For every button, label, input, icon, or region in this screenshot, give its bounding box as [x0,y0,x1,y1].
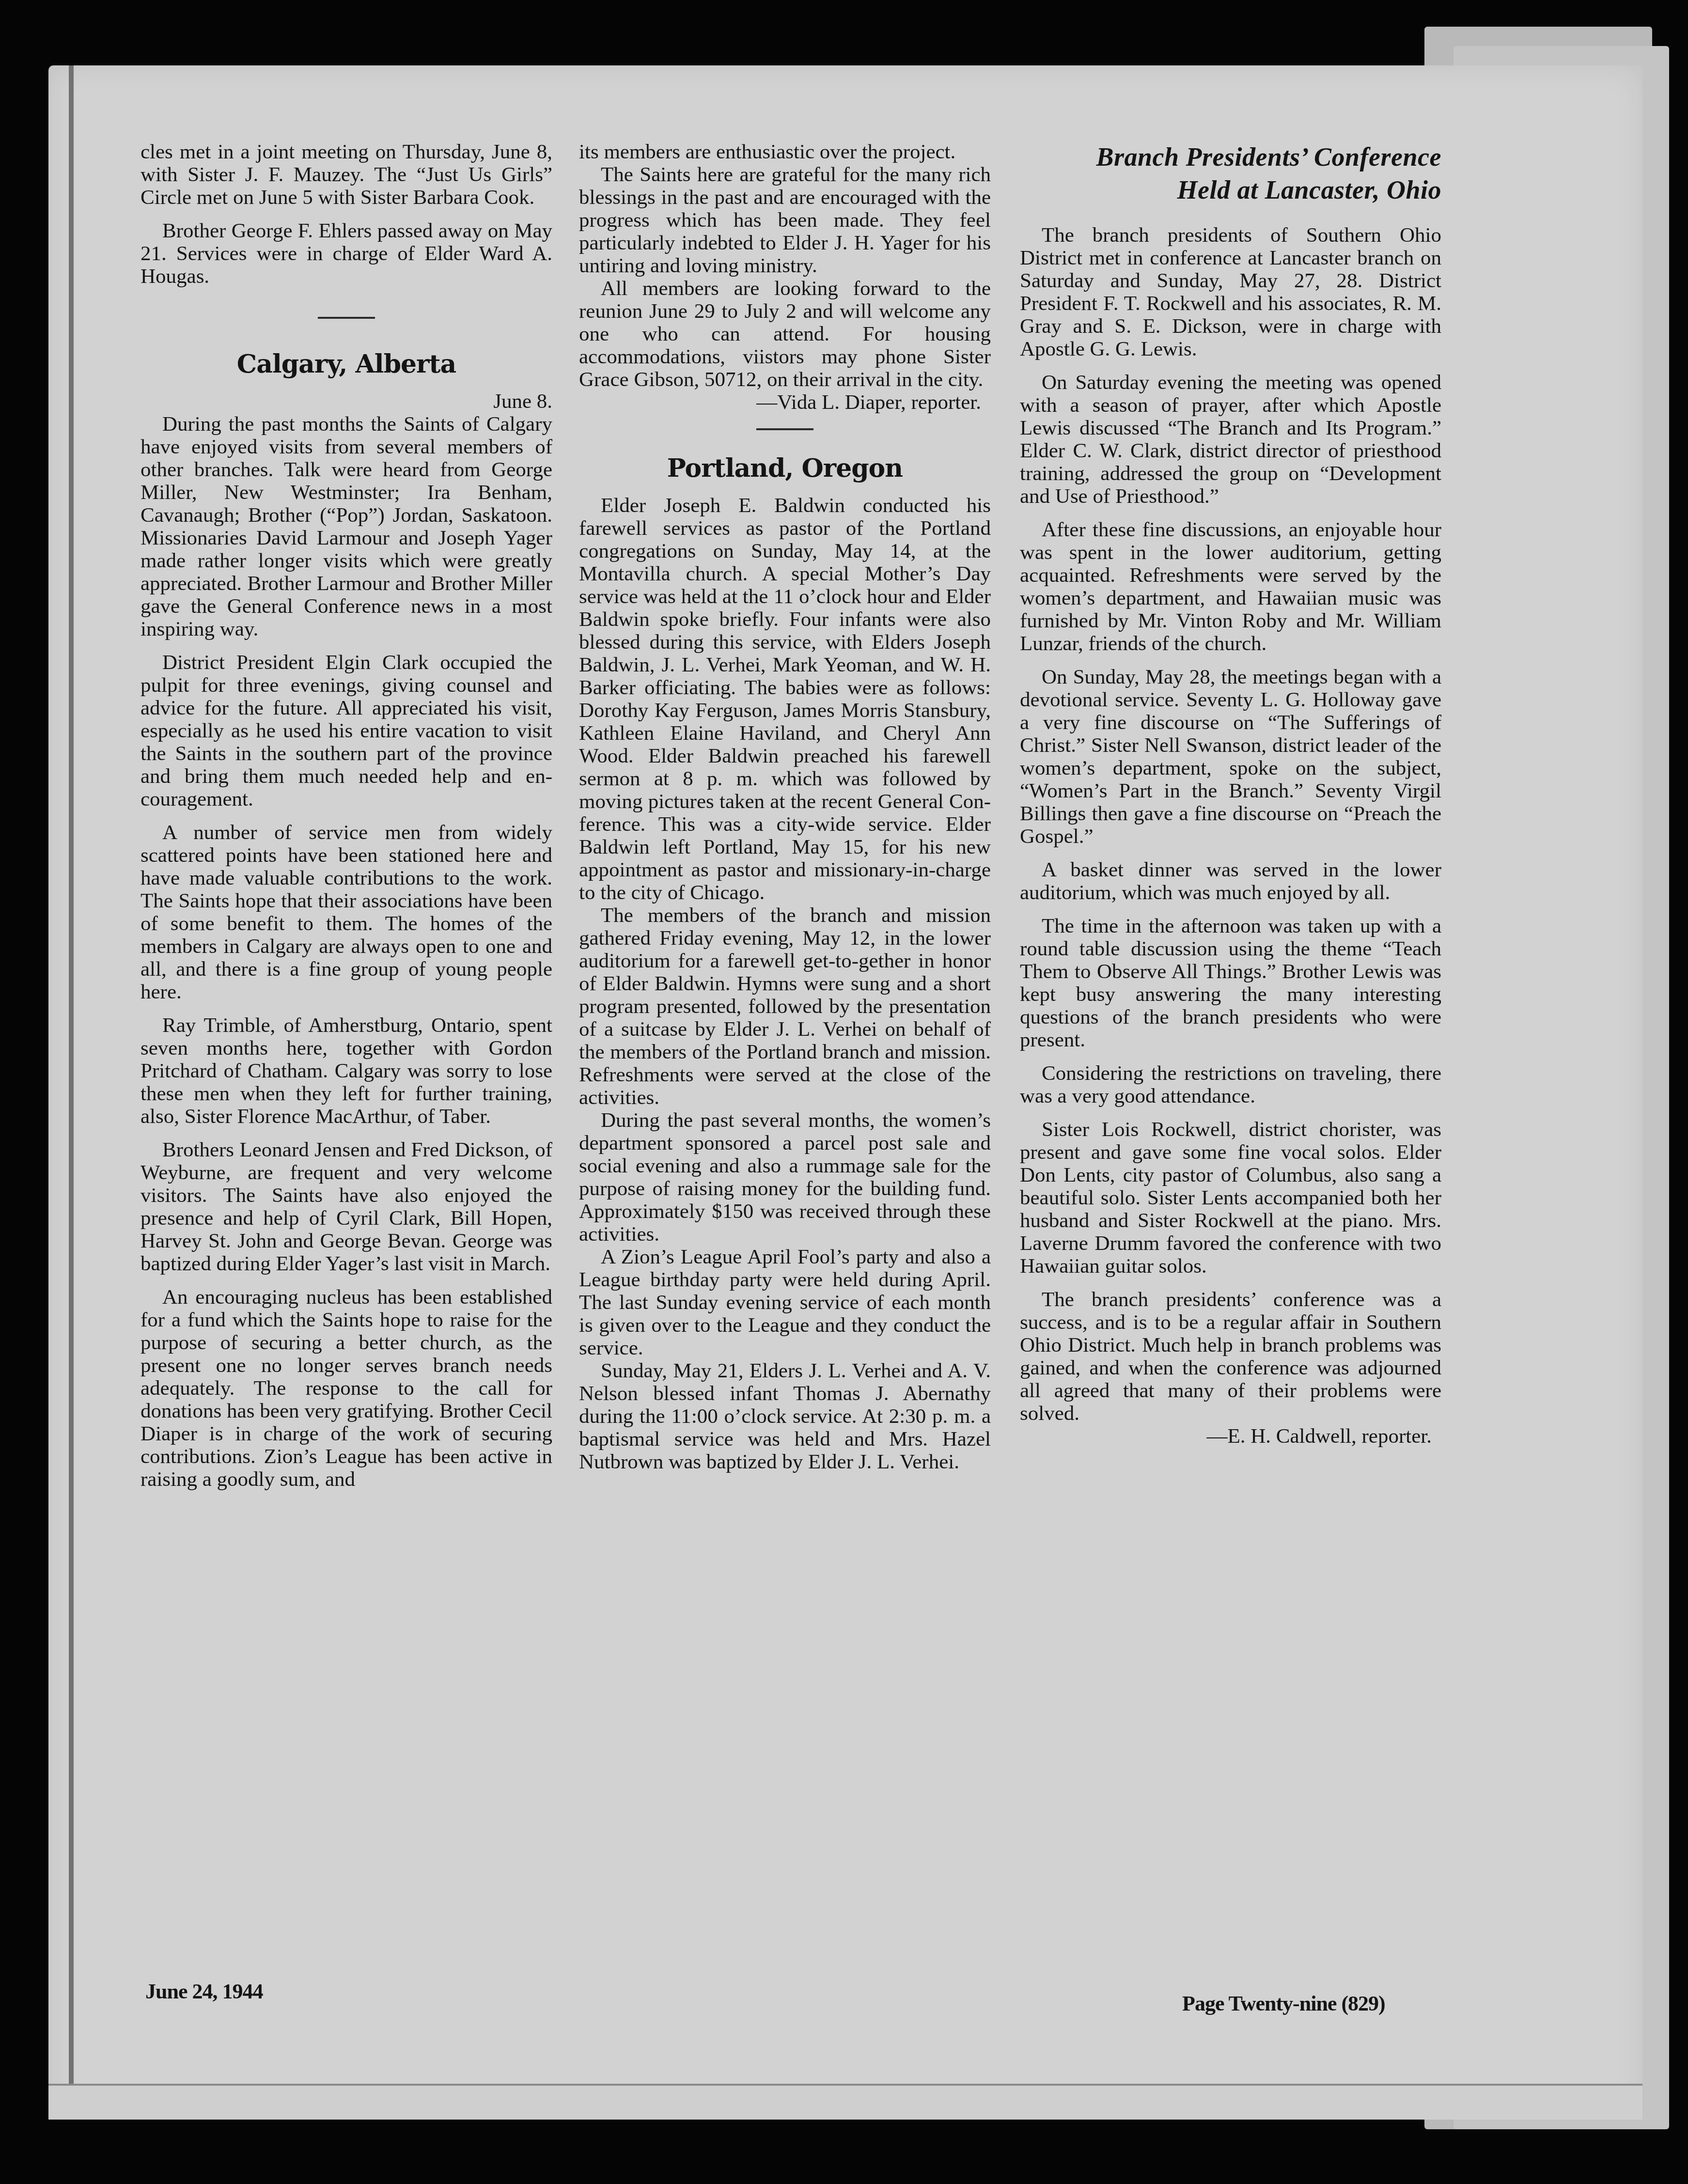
portland-section-title: Portland, Oregon [579,457,991,480]
paragraph: The Saints here are grateful for the man… [579,163,991,277]
paragraph: All members are looking forward to the r… [579,277,991,391]
binding-edge [69,65,74,2120]
paragraph: On Sunday, May 28, the meetings began wi… [1020,666,1441,848]
paragraph: Considering the restrictions on trav­eli… [1020,1062,1441,1108]
paragraph: The members of the branch and mis­sion g… [579,904,991,1109]
paragraph: During the past months the Saints of Cal… [141,413,552,640]
reporter-signature: —E. H. Caldwell, reporter. [1020,1425,1441,1448]
paragraph: A basket dinner was served in the lower … [1020,858,1441,904]
paragraph: During the past several months, the wome… [579,1109,991,1246]
section-divider [318,317,375,319]
middle-column: its members are enthusiastic over the pr… [579,140,991,1473]
paragraph: The branch presidents of Southern Ohio D… [1020,224,1441,360]
paragraph: An encouraging nucleus has been es­tabli… [141,1286,552,1491]
title-line-2: Held at Lancaster, Ohio [1177,175,1441,204]
section-divider [756,428,813,430]
paragraph: After these fine discussions, an en­joya… [1020,518,1441,655]
reporter-signature: —Vida L. Diaper, reporter. [579,391,991,414]
continued-paragraph: its members are enthusiastic over the pr… [579,140,991,163]
issue-date: June 24, 1944 [145,1979,263,2004]
right-column: Branch Presidents’ Conference Held at La… [1020,140,1441,1448]
title-line-1: Branch Presidents’ Conference [1096,142,1442,172]
paragraph: District President Elgin Clark occupied … [141,651,552,811]
paragraph: Elder Joseph E. Baldwin conducted his fa… [579,494,991,904]
paragraph: A number of service men from widely scat… [141,821,552,1003]
left-column: cles met in a joint meeting on Thursday,… [141,140,552,1491]
page-bottom-edge [48,2084,1642,2120]
paragraph: On Saturday evening the meeting was open… [1020,371,1441,508]
dateline: June 8. [141,390,552,413]
paragraph: A Zion’s League April Fool’s party and a… [579,1246,991,1359]
paragraph: Sister Lois Rockwell, district chor­iste… [1020,1118,1441,1278]
continued-paragraph: cles met in a joint meeting on Thursday,… [141,140,552,209]
paragraph: Brothers Leonard Jensen and Fred Dickson… [141,1139,552,1275]
page-number: Page Twenty-nine (829) [1182,1991,1385,2016]
paragraph: Brother George F. Ehlers passed away on … [141,219,552,288]
lancaster-section-title: Branch Presidents’ Conference Held at La… [1020,140,1441,206]
paragraph: Ray Trimble, of Amherstburg, On­tario, s… [141,1014,552,1128]
paragraph: The time in the afternoon was taken up w… [1020,915,1441,1051]
paragraph: Sunday, May 21, Elders J. L. Verhei and … [579,1359,991,1473]
calgary-section-title: Calgary, Alberta [141,353,552,375]
paragraph: The branch presidents’ conference was a … [1020,1288,1441,1425]
